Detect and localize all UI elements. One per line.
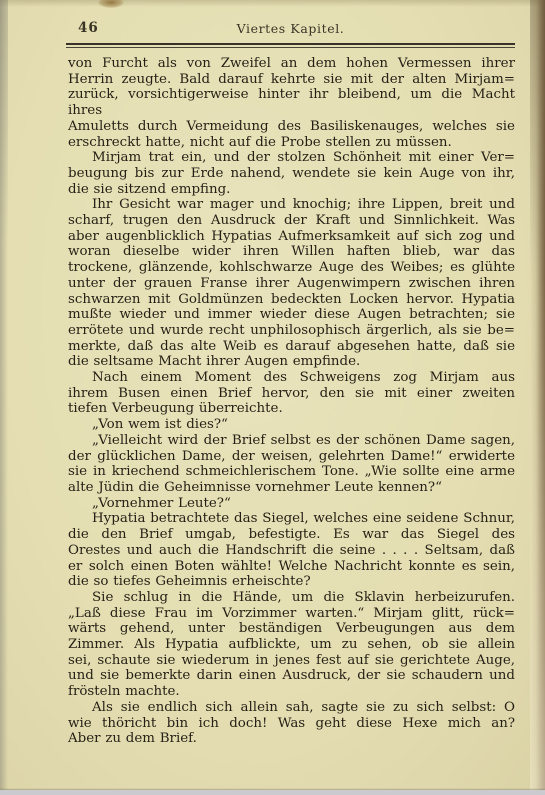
text-line: „Laß diese Frau im Vorzimmer warten.“ Mi… <box>68 606 515 622</box>
text-line: beugung bis zur Erde nahend, wendete sie… <box>68 166 515 182</box>
text-line: Ihr Gesicht war mager und knochig; ihre … <box>68 197 515 213</box>
text-line: von Furcht als von Zweifel an dem hohen … <box>68 56 515 72</box>
text-line: mußte wieder und immer wieder diese Auge… <box>68 307 515 323</box>
text-line: aber augenblicklich Hypatias Aufmerksamk… <box>68 229 515 245</box>
page-bottom-edge <box>0 790 545 795</box>
text-line: tiefen Verbeugung überreichte. <box>68 401 515 417</box>
text-line: wie thöricht bin ich doch! Was geht dies… <box>68 716 515 732</box>
text-line: Mirjam trat ein, und der stolzen Schönhe… <box>68 150 515 166</box>
text-line: ihrem Busen einen Brief hervor, den sie … <box>68 386 515 402</box>
text-line: zurück, vorsichtigerweise hinter ihr ble… <box>68 87 515 118</box>
text-line: wärts gehend, unter beständigen Verbeugu… <box>68 621 515 637</box>
text-line: sei, schaute sie wiederum in jenes fest … <box>68 653 515 669</box>
text-line: Amuletts durch Vermeidung des Basilisken… <box>68 119 515 135</box>
header-double-rule <box>66 43 515 51</box>
page-left-edge-shadow <box>0 0 8 795</box>
text-line: „Von wem ist dies?“ <box>68 417 515 433</box>
text-line: Aber zu dem Brief. <box>68 731 515 747</box>
text-line: trockene, glänzende, kohlschwarze Auge d… <box>68 260 515 276</box>
text-line: „Vornehmer Leute?“ <box>68 496 515 512</box>
page-text-block: von Furcht als von Zweifel an dem hohen … <box>68 56 515 747</box>
running-title: Viertes Kapitel. <box>66 21 515 36</box>
text-line: errötete und wurde recht unphilosophisch… <box>68 323 515 339</box>
text-line: sie in kriechend schmeichlerischem Tone.… <box>68 464 515 480</box>
text-line: die seltsame Macht ihrer Augen empfinde. <box>68 354 515 370</box>
text-line: unter der grauen Franse ihrer Augenwimpe… <box>68 276 515 292</box>
text-line: Hypatia betrachtete das Siegel, welches … <box>68 511 515 527</box>
text-line: woran dieselbe wider ihren Willen haften… <box>68 244 515 260</box>
text-line: scharf, trugen den Ausdruck der Kraft un… <box>68 213 515 229</box>
text-line: „Vielleicht wird der Brief selbst es der… <box>68 433 515 449</box>
book-page: 46 Viertes Kapitel. von Furcht als von Z… <box>0 0 545 795</box>
text-line: Orestes und auch die Handschrift die sei… <box>68 543 515 559</box>
text-line: Zimmer. Als Hypatia aufblickte, um zu se… <box>68 637 515 653</box>
text-line: die sie sitzend empfing. <box>68 182 515 198</box>
text-line: alte Jüdin die Geheimnisse vornehmer Leu… <box>68 480 515 496</box>
text-line: erschreckt hatte, nicht auf die Probe st… <box>68 135 515 151</box>
text-line: merkte, daß das alte Weib es darauf abge… <box>68 339 515 355</box>
text-line: frösteln machte. <box>68 684 515 700</box>
text-line: der glücklichen Dame, der weisen, gelehr… <box>68 449 515 465</box>
text-line: und sie bemerkte darin einen Ausdruck, d… <box>68 668 515 684</box>
page-top-edge-shadow <box>0 0 545 7</box>
text-line: Als sie endlich sich allein sah, sagte s… <box>68 700 515 716</box>
text-line: Herrin zeugte. Bald darauf kehrte sie mi… <box>68 72 515 88</box>
text-line: die den Brief umgab, befestigte. Es war … <box>68 527 515 543</box>
text-line: Nach einem Moment des Schweigens zog Mir… <box>68 370 515 386</box>
text-line: Sie schlug in die Hände, um die Sklavin … <box>68 590 515 606</box>
text-line: die so tiefes Geheimnis erheischte? <box>68 574 515 590</box>
page-right-edge-shadow <box>530 0 545 791</box>
text-line: er solch einen Boten wählte! Welche Nach… <box>68 559 515 575</box>
page-header: 46 Viertes Kapitel. <box>66 20 515 37</box>
text-line: schwarzen mit Goldmünzen bedeckten Locke… <box>68 292 515 308</box>
